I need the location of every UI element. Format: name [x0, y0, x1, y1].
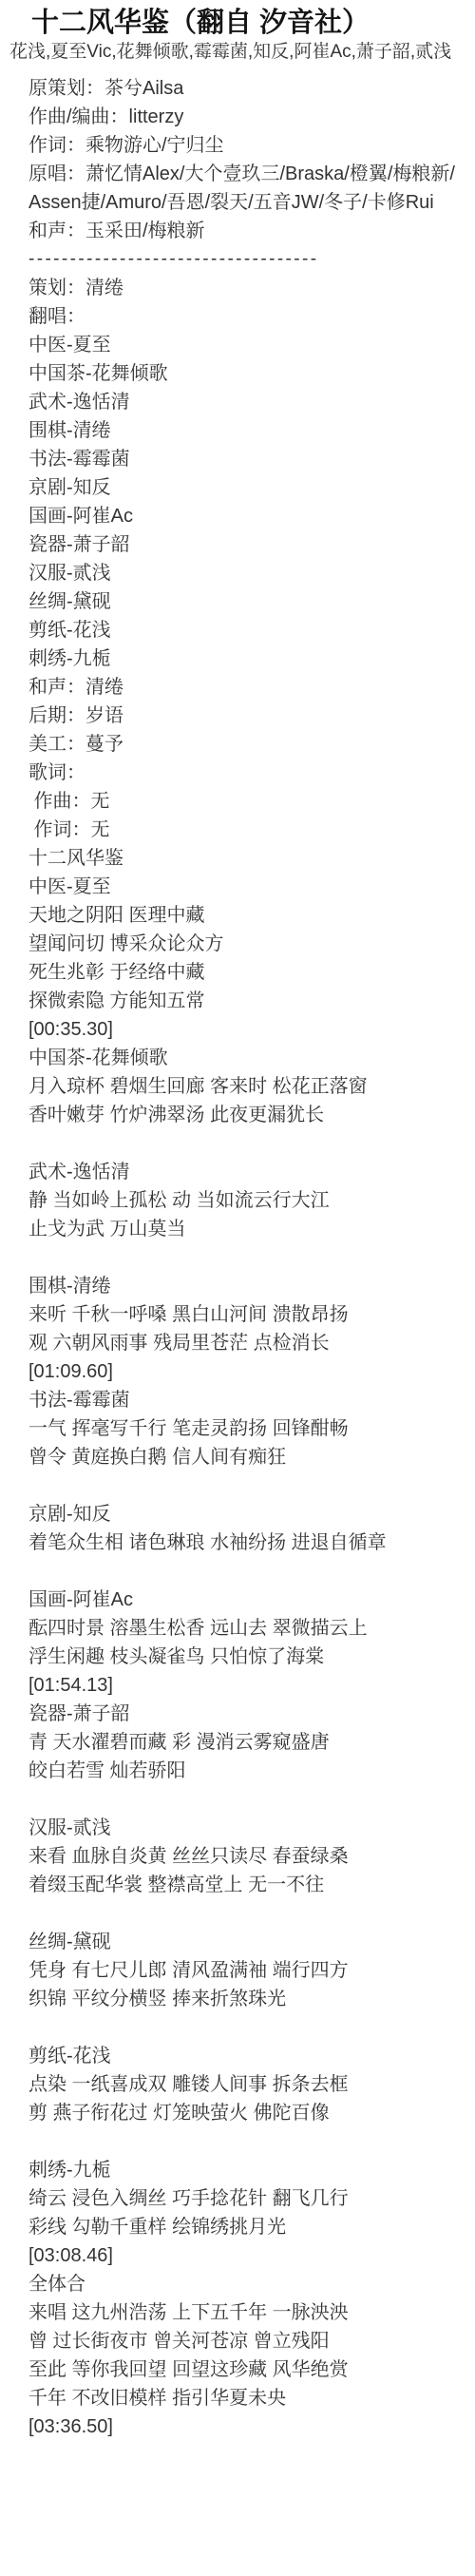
lyrics-block: 策划：清绻翻唱：中医-夏至中国茶-花舞倾歌武术-逸恬清围棋-清绻书法-霉霉菌京剧… — [0, 274, 475, 2441]
lyric-line — [0, 1243, 475, 1272]
lyric-line — [0, 1471, 475, 1500]
lyric-line: 望闻问切 博采众论众方 — [0, 930, 475, 958]
lyric-line: 书法-霉霉菌 — [0, 445, 475, 473]
lyric-line: 中国茶-花舞倾歌 — [0, 1044, 475, 1072]
lyric-line: 着缀玉配华裳 整襟高堂上 无一不往 — [0, 1871, 475, 1899]
lyric-line: 武术-逸恬清 — [0, 1158, 475, 1186]
lyric-line: 千年 不改旧模样 指引华夏未央 — [0, 2384, 475, 2413]
lyric-line: 绮云 浸色入绸丝 巧手捻花针 翻飞几行 — [0, 2184, 475, 2213]
lyric-line: 京剧-知反 — [0, 473, 475, 502]
lyric-line: 后期：岁语 — [0, 702, 475, 730]
credit-line: 原唱：萧忆情Alex/大个壹玖三/Braska/橙翼/梅粮新/ — [0, 160, 475, 188]
lyric-line: 来唱 这九州浩荡 上下五千年 一脉泱泱 — [0, 2298, 475, 2327]
lyric-line: 汉服-贰浅 — [0, 559, 475, 587]
lyric-line: 止戈为武 万山莫当 — [0, 1215, 475, 1243]
lyric-line: 刺绣-九栀 — [0, 2156, 475, 2184]
lyric-line: 织锦 平纹分横竖 捧来折煞珠光 — [0, 1985, 475, 2013]
lyric-line: 京剧-知反 — [0, 1500, 475, 1528]
lyric-line — [0, 1557, 475, 1586]
lyric-line: 丝绸-黛砚 — [0, 1928, 475, 1956]
credit-line: 作词：乘物游心/宁归尘 — [0, 131, 475, 160]
lyric-line: 十二风华鉴 — [0, 844, 475, 873]
lyric-line — [0, 1899, 475, 1928]
lyric-line: 翻唱： — [0, 302, 475, 331]
lyric-line: 国画-阿崔Ac — [0, 1586, 475, 1614]
lyric-line: 作词：无 — [0, 816, 475, 844]
lyric-line: 浮生闲趣 枝头凝雀鸟 只怕惊了海棠 — [0, 1643, 475, 1671]
credit-line: 作曲/编曲：litterzy — [0, 103, 475, 131]
lyric-line: 中国茶-花舞倾歌 — [0, 359, 475, 388]
lyric-line: 至此 等你我回望 回望这珍藏 风华绝赏 — [0, 2355, 475, 2384]
lyric-line: 来看 血脉自炎黄 丝丝只读尽 春蚕绿桑 — [0, 1842, 475, 1871]
lyric-line: 策划：清绻 — [0, 274, 475, 302]
lyric-line: 探微索隐 方能知五常 — [0, 987, 475, 1015]
lyric-line: 全体合 — [0, 2270, 475, 2298]
lyric-line: 剪纸-花浅 — [0, 616, 475, 644]
lyric-line: [03:36.50] — [0, 2413, 475, 2441]
lyric-line: 书法-霉霉菌 — [0, 1386, 475, 1414]
divider-dashes: ----------------------------------- — [0, 245, 475, 274]
lyric-line: 凭身 有七尺儿郎 清风盈满袖 端行四方 — [0, 1956, 475, 1985]
lyric-line: 剪 燕子衔花过 灯笼映萤火 佛陀百像 — [0, 2099, 475, 2127]
lyric-line: 青 天水濯碧而藏 彩 漫消云雾窥盛唐 — [0, 1728, 475, 1757]
lyric-line: 作曲：无 — [0, 787, 475, 816]
lyric-line: 点染 一纸喜成双 雕镂人间事 拆条去框 — [0, 2070, 475, 2099]
lyric-line: [01:09.60] — [0, 1357, 475, 1386]
lyric-line: 和声：清绻 — [0, 673, 475, 702]
lyric-line: 歌词： — [0, 759, 475, 787]
lyric-line: 围棋-清绻 — [0, 1272, 475, 1300]
credit-line: 原策划：茶兮Ailsa — [0, 74, 475, 103]
lyric-line: 刺绣-九栀 — [0, 644, 475, 673]
lyric-line: 剪纸-花浅 — [0, 2042, 475, 2070]
lyric-line: [01:54.13] — [0, 1671, 475, 1700]
lyric-line: 中医-夏至 — [0, 331, 475, 359]
lyric-line: 曾 过长街夜市 曾关河苍凉 曾立残阳 — [0, 2327, 475, 2355]
lyric-line: 国画-阿崔Ac — [0, 502, 475, 530]
credits-block: 原策划：茶兮Ailsa作曲/编曲：litterzy作词：乘物游心/宁归尘原唱：萧… — [0, 74, 475, 245]
lyric-line — [0, 2127, 475, 2156]
lyric-line: 皎白若雪 灿若骄阳 — [0, 1757, 475, 1785]
artists-line: 花浅,夏至Vic,花舞倾歌,霉霉菌,知反,阿崔Ac,萧子韶,贰浅 — [0, 40, 475, 65]
lyric-line — [0, 2013, 475, 2042]
lyric-line: 瓷器-萧子韶 — [0, 530, 475, 559]
lyrics-page: 十二风华鉴（翻自 汐音社） 花浅,夏至Vic,花舞倾歌,霉霉菌,知反,阿崔Ac,… — [0, 0, 475, 2576]
lyric-line: 酝四时景 溶墨生松香 远山去 翠微描云上 — [0, 1614, 475, 1643]
lyric-line: 武术-逸恬清 — [0, 388, 475, 416]
lyric-line: 彩线 勾勒千重样 绘锦绣挑月光 — [0, 2213, 475, 2241]
lyric-line: 月入琼杯 碧烟生回廊 客来时 松花正落窗 — [0, 1072, 475, 1101]
lyric-line: 中医-夏至 — [0, 873, 475, 901]
lyric-line: 美工：蔓予 — [0, 730, 475, 759]
lyric-line: 丝绸-黛砚 — [0, 587, 475, 616]
lyric-line: 曾令 黄庭换白鹅 信人间有痴狂 — [0, 1443, 475, 1471]
lyric-line — [0, 1129, 475, 1158]
lyric-line: 来听 千秋一呼嗓 黑白山河间 溃散昂扬 — [0, 1300, 475, 1329]
lyric-line: 香叶嫩芽 竹炉沸翠汤 此夜更漏犹长 — [0, 1101, 475, 1129]
lyric-line: 一气 挥毫写千行 笔走灵韵扬 回锋酣畅 — [0, 1414, 475, 1443]
lyric-line — [0, 1785, 475, 1814]
lyric-line: 天地之阴阳 医理中藏 — [0, 901, 475, 930]
lyric-line: 观 六朝风雨事 残局里苍茫 点检消长 — [0, 1329, 475, 1357]
lyric-line: 瓷器-萧子韶 — [0, 1700, 475, 1728]
lyric-line: [00:35.30] — [0, 1015, 475, 1044]
credit-line: Assen捷/Amuro/吾恩/裂天/五音JW/冬子/卡修Rui — [0, 188, 475, 217]
song-title: 十二风华鉴（翻自 汐音社） — [0, 0, 475, 40]
lyric-line: 静 当如岭上孤松 动 当如流云行大江 — [0, 1186, 475, 1215]
lyric-line: 围棋-清绻 — [0, 416, 475, 445]
lyric-line: 汉服-贰浅 — [0, 1814, 475, 1842]
lyric-line: 死生兆彰 于经络中藏 — [0, 958, 475, 987]
lyric-line: [03:08.46] — [0, 2241, 475, 2270]
credit-line: 和声：玉采田/梅粮新 — [0, 217, 475, 245]
lyric-line: 着笔众生相 诸色琳琅 水袖纷扬 进退自循章 — [0, 1528, 475, 1557]
